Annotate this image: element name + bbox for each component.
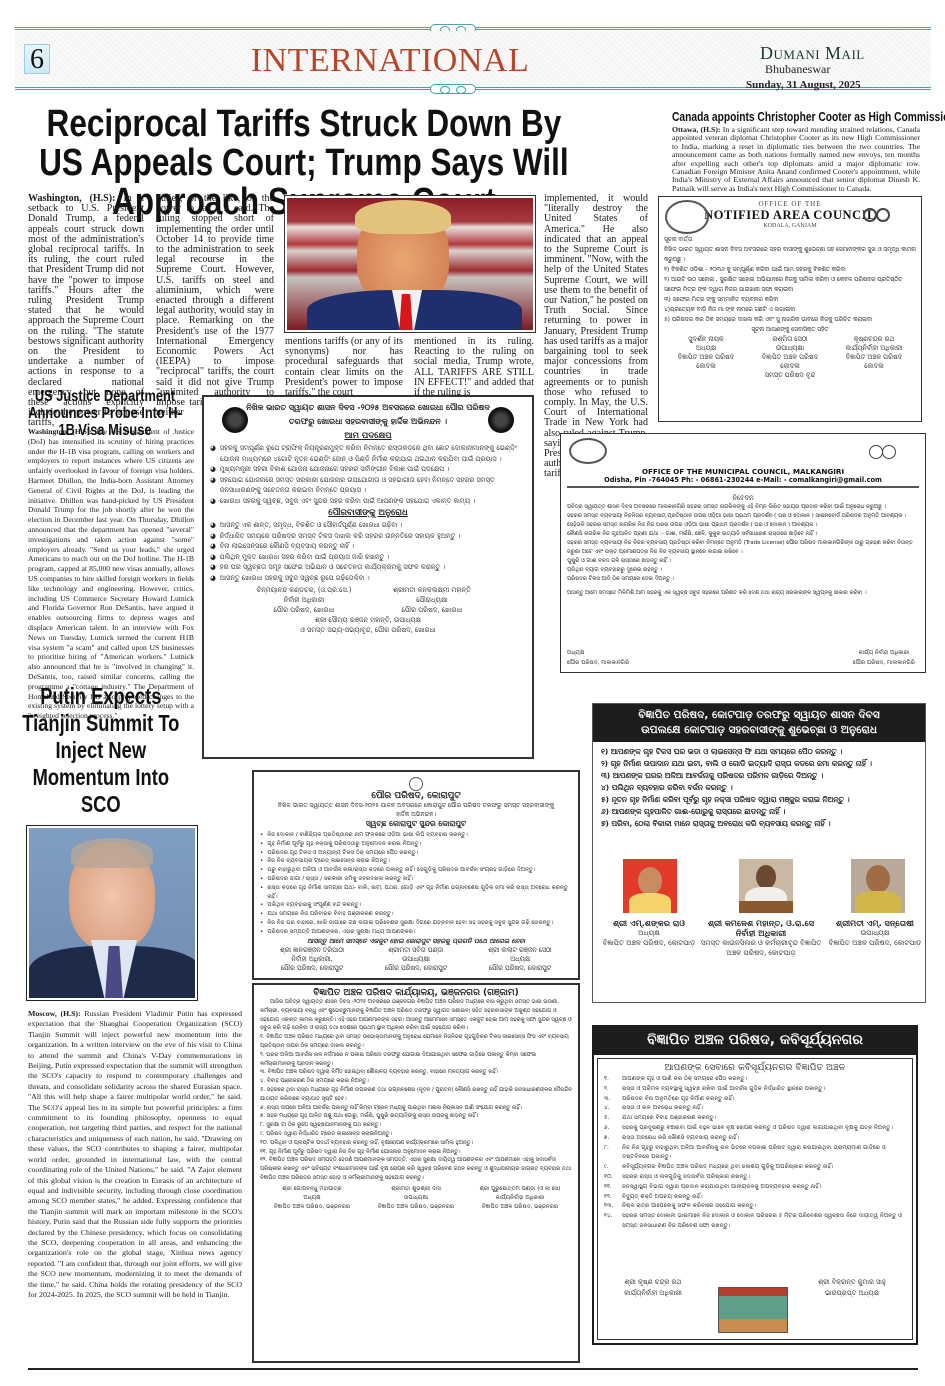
list-item: ◕ହର ଘର ସ୍ୱଚ୍ଛତା ସମୂହ ସଫେଇ ଅଭିଯାନ ଓ ସଚେତନ… — [210, 562, 526, 573]
list-item: ୬.ସହରକୁ ପ୍ରଦୂଷଣରୁ ବଞ୍ଚାଇବା ପାଇଁ ବହୁଳ ଭାବ… — [604, 1124, 906, 1134]
ad-khordha: ନିଖିଳ ଭାରତ ସ୍ୱାୟତ ଶାସନ ଦିବସ -୨୦୨୫ ଅବସରରେ… — [202, 395, 534, 759]
item-text: ବିନା ଲାଇସେନ୍ସରେ କୌଣସି ବ୍ୟବସାୟ କରନ୍ତୁ ନାହ… — [220, 541, 354, 552]
ad-kotpad: ବିଜ୍ଞାପିତ ପରିଷଦ, କୋଟପାଡ଼ ତରଫରୁ ସ୍ୱାୟତ ଶା… — [592, 703, 926, 1003]
swachh-bharat-icon — [869, 442, 905, 462]
list-item: •ନିଜ ନିଜ ବ୍ୟବସାୟର ଟ୍ରେଡ୍ ଲାଇସେନ୍ସ କରାଇ ନ… — [260, 857, 572, 866]
ad-kodala: OFFICE OF THE NOTIFIED AREA COUNCIL KODA… — [658, 196, 922, 422]
body-text: duties, or the like, or the power to tax… — [156, 193, 274, 418]
body-text: The US Department of Justice (DoJ) has i… — [28, 427, 194, 720]
portrait-photo — [623, 859, 677, 913]
item: ୩) ସଫେଇ ମିତ୍ର ଙ୍କୁ ସମ୍ମାନିତ ବ୍ୟବହାର କରିବ… — [664, 295, 916, 305]
list-item: •ଯଥା ସମୟରେ ନିଜ ପରିବାରର ବିବାହ ପଞ୍ଜୀକରଣ କର… — [260, 910, 572, 919]
trump-photo — [284, 195, 536, 333]
signatory: ଚିନ୍ମୟାନନ୍ଦ କଣ୍ଡଚର, (ଓ.ପ୍ର.ସେ.) ନିର୍ବାହୀ… — [240, 585, 368, 615]
signatory: ଶ୍ରୀ ଲଲାଟ ରଞ୍ଜନ ସେଠୀଅଧ୍ୟକ୍ଷପୌର ପରିଷଦ, କୋ… — [468, 946, 572, 973]
putin-story: Moscow, (H.S): Russian President Vladimi… — [28, 1009, 242, 1300]
list-item: ୯.କବିସୂର୍ଯ୍ୟନଗର ବିଜ୍ଞାପିତ ଅଞ୍ଚଳ ପରିଷଦ ମଧ… — [604, 1163, 906, 1173]
list-item: ୯. ପରିଷଦ ଦ୍ୱାରା ନିର୍ଦ୍ଧାରିତ ଟ୍ରେଡ ଲାଇସେନ… — [260, 1130, 572, 1139]
item-text: ପଲିଥିନ୍ ମୁକ୍ତ ଖୋରଧା ସହର କରିବା ପାଇଁ ପ୍ରୟା… — [220, 552, 390, 563]
sig-place: କୋଦଳା — [832, 362, 916, 371]
bullet-icon: ◕ — [210, 573, 216, 584]
main-story-col2: duties, or the like, or the power to tax… — [156, 194, 274, 418]
sig-role: ପୌରାଧ୍ୟକ୍ଷା — [368, 595, 496, 605]
sig-name: ରଶ୍ମିତା ସେଠୀ — [748, 335, 832, 344]
portrait-photo — [739, 859, 793, 913]
list-item: ◕ମୁଖ୍ୟମନ୍ତ୍ରୀ ସହରୀ ବିକାଶ ଯୋଜନା ଯୋଜନାରେ ସ… — [210, 464, 526, 475]
signatory: କୃଷ୍ଣଚନ୍ଦ୍ର ରଥ କାର୍ଯ୍ୟନିର୍ବାହୀ ଅଧିକାରୀ ବ… — [832, 335, 916, 371]
list-item: ୬) ଆପଣଙ୍କ ଗୃହପାଳିତ ଗାଈ-ଗୋରୁକୁ ରାସ୍ତାରେ ଛ… — [601, 806, 917, 818]
bullet-icon: • — [260, 884, 263, 902]
sig-org: ପୌର ପରିଷଦ, ଖୋରଧା — [240, 605, 368, 615]
list-item: •ନିଜ ନିଜ ଘର ବାହାରେ, ଖାଲି ଜାଗାରେ ଗଛ ଲଗାଇ … — [260, 919, 572, 928]
bullet-icon: ◕ — [210, 552, 216, 563]
sig-place: କୋଦଳା — [748, 362, 832, 371]
signatory: ଶ୍ରୀ ଏମ୍.ଶଙ୍କର ରାଓ ଅଧ୍ୟକ୍ଷ ବିଜ୍ଞାପିତ ଅଞ୍… — [599, 918, 699, 948]
sig-org: ପୌର ପରିଷଦ, ଖୋରଧା — [368, 605, 496, 615]
list-item: ୨.ରାସ୍ତା ଓ ପରିମଳ ବ୍ୟବସ୍ଥାକୁ ସ୍ୱଚ୍ଛ ରଖିବା… — [604, 1085, 906, 1095]
bhanjanagar-title: ବିଜ୍ଞାପିତ ଅଞ୍ଚଳ ପରିଷଦ କାର୍ଯ୍ୟାଳୟ, ଭଞ୍ଜନଗ… — [260, 988, 572, 998]
item-text: ଖୋରଧା ସହରକୁ ସ୍ୱଚ୍ଛ, ସବୁଜ ଏବଂ ସୁନ୍ଦର ସହର … — [220, 496, 476, 507]
bullet-icon: • — [260, 866, 263, 875]
item: ସହରର ସମସ୍ତ ବ୍ୟବସାୟୀ ନିଜନିଜର ବ୍ୟବସାୟ ପ୍ରତ… — [567, 512, 919, 521]
sig-role: ଉପାଧ୍ୟକ୍ଷା — [748, 344, 832, 353]
signatory: ଶ୍ରୀ ବିକ୍ରାନ୍ତ କୁମାର ସାହୁ ଭାରପ୍ରାପ୍ତ ଅଧ୍… — [802, 1277, 902, 1299]
section-heading: ପୌରବାସୀଙ୍କୁ ଅନୁରୋଧ — [210, 508, 526, 518]
list-item: ୧୧. ଗୃହ ନିର୍ମାଣ ପୂର୍ବରୁ ପରିଷଦ ଦ୍ୱାରା ନିଜ… — [260, 1148, 572, 1157]
list-item: •ଗୃହ ନିର୍ମାଣ ପୂର୍ବରୁ ଗୃହ ନକ୍ସାକୁ ପରିଷଦଠା… — [260, 840, 572, 849]
list-item: ୨) ଗୃହ ନିର୍ମାଣ ଉପାଦାନ ଯଥା ଇଟା, ବାଲି ଓ ଗୋ… — [601, 758, 917, 770]
dateline: Moscow, (H.S): — [28, 1009, 81, 1018]
kodala-seal-icon — [665, 200, 709, 234]
closing: ସୂଚନା ଆପଣଙ୍କୁ ସେବାସିକ୍ତ ସହିତ — [664, 325, 916, 335]
list-item: ୮.ନିଜ ନିଜ ଗୃହରୁ ବାହାରୁଥିବା ଅଳିଆ ଆବର୍ଜନାକ… — [604, 1144, 906, 1164]
bullet-icon: ◕ — [210, 562, 216, 573]
signatory: ଶ୍ରୀମତୀ ସବିତା ପଣ୍ଡାଉପାଧ୍ୟକ୍ଷାପୌର ପରିଷଦ, … — [364, 946, 468, 973]
body-text: mentioned in its ruling. Reacting to the… — [414, 336, 534, 398]
item-text: ନିର୍ଦ୍ଧାରିତ ସମୟରେ ପରିଷଦର ସମସ୍ତ ଟିକସ ଦାଖଲ… — [220, 531, 461, 542]
page-number: 6 — [24, 44, 50, 74]
contact-line: Odisha, Pin -764045 Ph: - 06861-230244 e… — [567, 476, 919, 488]
main-story-col3: mentions tariffs (or any of its synonyms… — [285, 337, 403, 398]
footer: ଓ ସମସ୍ତ ସଭ୍ୟ-ସଭ୍ୟାବୃନ୍ଦ, ପୌର ପରିଷଦ, ଖୋରଧ… — [210, 625, 526, 635]
sig-role: ନିର୍ବାହୀ ଅଧିକାରୀ — [240, 595, 368, 605]
signatory: ଶ୍ରୀ ପୁରୁଷୋତ୍ତମ ପଣ୍ଡା (ଓ ଲା ସେ)କାର୍ଯ୍ୟନି… — [468, 1185, 572, 1212]
item-text: ସହରକୁ ସମ୍ପୂର୍ଣ୍ଣ ରୂପେ ଟ୍ରାଫିକ୍ ନିୟନ୍ତ୍ରଣ… — [220, 443, 526, 464]
body-text: mentions tariffs (or any of its synonyms… — [285, 336, 403, 398]
list-item: ୫.ଯଥା ସମୟରେ ବିବାହ ପଞ୍ଜୀକରଣ କରନ୍ତୁ। — [604, 1114, 906, 1124]
list-item: •ପରିଷଦର ଜାଗା / ରାସ୍ତା / ସରକାରୀ ଜମିକୁ ଜବର… — [260, 875, 572, 884]
list-item: ◕ଆସନ୍ତୁ ଏକ ଶାନ୍ତ, ସମୃଦ୍ଧ, ବିକଶିତ ଓ ସୌହାର… — [210, 520, 526, 531]
list-item: ୬. ରାସ୍ତା ଉପରେ ଅଳିଆ ଆବର୍ଜନା ପକାନ୍ତୁ ନାହି… — [260, 1104, 572, 1113]
masthead-ornament-icon — [430, 84, 476, 94]
shield-emblem-icon — [222, 407, 248, 433]
list-item: ୫) ନୂତନ ଗୃହ ନିର୍ମାଣ କରିବା ପୂର୍ବରୁ ଗୃହ ନକ… — [601, 794, 917, 806]
dateline: Washington, (H.S): — [28, 427, 92, 436]
sig-org: ପୌର ପରିଷଦ, ମାଲକାନଗିରି — [853, 658, 915, 668]
list-item: ୪) ପଲିଥିନ ବ୍ୟବହାର କରିବା ବର୍ଜନ କରନ୍ତୁ । — [601, 782, 917, 794]
heading: ନିବେଦନ — [567, 494, 919, 503]
canada-headline: Canada appoints Christopher Cooter as Hi… — [672, 110, 945, 124]
list-item: ୭. ସହର ମଧ୍ୟରେ ଗୃହ ପାଳିତ ପଶୁ ଯଥା ଗୋରୁ, ମଇ… — [260, 1112, 572, 1121]
bullet-icon: ◕ — [210, 520, 216, 531]
list-item: ◕ଖୋରଧା ସହରକୁ ସ୍ୱଚ୍ଛ, ସବୁଜ ଏବଂ ସୁନ୍ଦର ସହର… — [210, 496, 526, 507]
item: ଘୁଷୁରି ଓ ଗାଈ ବଳଦ ଗଳି ରାସ୍ତାରେ ଛାଡ଼ନ୍ତୁ ନ… — [567, 557, 919, 566]
subtitle: ଆପଣଙ୍କ ସେବାରେ କବିସୂର୍ଯ୍ୟନଗର ବିଜ୍ଞାପିତ ଅଞ… — [604, 1062, 906, 1073]
item-text: ଆସନ୍ତୁ ଖୋରଧା ସହରକୁ ସବୁଜ ସ୍ୱଚ୍ଛ ରୂପେ ଗଢ଼ି… — [220, 573, 370, 584]
edition-date: Sunday, 31 August, 2025 — [746, 79, 861, 91]
list-item: ◕ନିର୍ଦ୍ଧାରିତ ସମୟରେ ପରିଷଦର ସମସ୍ତ ଟିକସ ଦାଖ… — [210, 531, 526, 542]
bullet-icon: • — [260, 857, 263, 866]
bullet-icon: • — [260, 919, 263, 928]
sig-role: କାର୍ଯ୍ୟନିର୍ବାହୀ ଅଧିକାରୀ — [832, 344, 916, 353]
signatory: ଶ୍ରୀ କୃଷ୍ଣ ଚନ୍ଦ୍ର ରଥ କାର୍ଯ୍ୟନିର୍ବାହୀ ଅଧି… — [608, 1277, 698, 1299]
khordha-title-2: ତରଫରୁ ଖୋରଧା ସହରବାସୀଙ୍କୁ ହାର୍ଦ୍ଦିକ ଅଭିନନ୍… — [210, 415, 526, 429]
list-item: ୪.ରାସ୍ତା ଓ ନାଳ ଅବରୋଧ କରନ୍ତୁ ନାହିଁ। — [604, 1104, 906, 1114]
kotpad-banner: ବିଜ୍ଞାପିତ ପରିଷଦ, କୋଟପାଡ଼ ତରଫରୁ ସ୍ୱାୟତ ଶା… — [593, 704, 925, 742]
signatory: ଶ୍ରୀ ଜ୍ଞାନରଞ୍ଜନ ତ୍ରିପାଠୀନିର୍ବାହୀ ଅଧିକାରୀ… — [260, 946, 364, 973]
putin-headline: Putin Expects Tianjin Summit To Inject N… — [15, 683, 187, 818]
item: ପଲିଥିନ ବ୍ୟାଗ ବ୍ୟବହାରରୁ ଦୂରେଇ ରହନ୍ତୁ । — [567, 566, 919, 575]
building-photo — [718, 1287, 788, 1333]
item: କୌଣସି ନାଗରିକ ନିଜ ଗୃହପାଳିତ ପ୍ରାଣୀ ଯଥା :- … — [567, 530, 919, 539]
list-item: •ଘରୁ ବାହାରୁଥିବା ଅଳିଆ ଓ ଆବର୍ଜନା ନାଳା/ରାସ୍… — [260, 866, 572, 875]
footer: ଶ୍ରୀ ସୌମ୍ୟ ରଞ୍ଜନ ମହାନ୍ତି, ଉପାଧ୍ୟକ୍ଷ — [210, 615, 526, 625]
list-item: ୧୪.ସହରର ସମସ୍ତ ଦୋକାନୀ ଭାଇମାନେ ନିଜ ଦୋକାନ ଓ… — [604, 1212, 906, 1232]
signatory: ସୁଦର୍ଶନ ନାୟକ ଅଧ୍ୟକ୍ଷ ବିଜ୍ଞାପିତ ଅଞ୍ଚଳ ପରି… — [664, 335, 748, 371]
section-title: INTERNATIONAL — [160, 44, 620, 78]
list-item: ୨. ଘରର ଅଳିଆ ଆବର୍ଜନା ନାଳ ନର୍ଦ୍ଦମାରେ ନ ପକା… — [260, 1051, 572, 1069]
signatory: ଶ୍ରୀ କମଳେଶ ମହାନ୍ତ, ଓ.ରା.ସେ ନିର୍ବାହୀ ଅଧିକ… — [693, 918, 829, 958]
list-item: ୧୦.ସହରର ରାସ୍ତା ଓ ନାଳଗୁଡ଼ିକୁ ସଦାସର୍ବଦା ପର… — [604, 1173, 906, 1183]
list-item: ୪. ବିବାହ ପଞ୍ଜୀକରଣ ଠିକ ସମୟରେ କରାଇ ନିଅନ୍ତୁ… — [260, 1077, 572, 1086]
item-text: ମୁଖ୍ୟମନ୍ତ୍ରୀ ସହରୀ ବିକାଶ ଯୋଜନା ଯୋଜନାରେ ସହ… — [220, 464, 449, 475]
portrait-photo — [851, 859, 905, 913]
bullet-icon: • — [260, 910, 263, 919]
list-item: ୩.ପରିଷଦର ବିନା ଅନୁମତିରେ ଗୃହ ନିର୍ମାଣ କରନ୍ତ… — [604, 1095, 906, 1105]
odisha-emblem-icon — [569, 438, 607, 464]
greeting: ସୂଚନା ବାର୍ତ୍ତା — [664, 235, 916, 245]
sig-role: ଅଧ୍ୟକ୍ଷ — [567, 648, 629, 658]
sig-org: ବିଜ୍ଞାପିତ ଅଞ୍ଚଳ ପରିଷଦ — [832, 353, 916, 362]
sig-role: ଅଧ୍ୟକ୍ଷ — [664, 344, 748, 353]
bullet-icon: ◕ — [210, 443, 216, 464]
signatory: ଶ୍ରୀମତୀ ଏମ୍. ସନ୍ତୋଷୀ ଉପାଧ୍ୟକ୍ଷ ବିଜ୍ଞାପିତ… — [825, 918, 925, 948]
list-item: ◕ବିନା ଲାଇସେନ୍ସରେ କୌଣସି ବ୍ୟବସାୟ କରନ୍ତୁ ନା… — [210, 541, 526, 552]
list-item: ୧) ଆପଣଙ୍କ ଗୃହ ଟିକସ ଘର ଭଡା ଓ ଲାଇସେନ୍ସ ଫି … — [601, 746, 917, 758]
banner-line: ଉପଲକ୍ଷେ କୋଟପାଡ଼ ସହରବାସୀଙ୍କୁ ଶୁଭେଚ୍ଛା ଓ ଅ… — [597, 723, 921, 738]
list-item: •ରାସ୍ତା କଡ଼ରେ ଗୃହ ନିର୍ମାଣ ସାମଗ୍ରୀ ଯଥା- ବ… — [260, 884, 572, 902]
main-story-col4: mentioned in its ruling. Reacting to the… — [414, 337, 534, 398]
list-item: ୧.ଆପଣଙ୍କ ଗୃହ ଓ ପାଣି କର ଠିକ୍ ସମୟରେ ପୈଠ କର… — [604, 1075, 906, 1085]
intro: ନିଖିଳ ଭାରତ ସ୍ୱାୟତ ଶାସନ ଦିବସ ଅବସରରେ ସହର ବ… — [664, 245, 916, 265]
bullet-icon: • — [260, 875, 263, 884]
bullet-icon: ◕ — [210, 531, 216, 542]
brand-name: Dumani Mail — [760, 44, 935, 64]
item: ୪)ପ୍ରତ୍ୟେକ ବାଡ଼ି ନିଜ ମା ଙ୍କ ନାମରେ ଗଛଟି ଏ… — [664, 305, 916, 315]
page-bottom-rule — [28, 1368, 918, 1370]
bullet-icon: ◕ — [210, 464, 216, 475]
sig-name: ସୁଦର୍ଶନ ନାୟକ — [664, 335, 748, 344]
edition-city: Bhubaneswar — [765, 62, 830, 77]
list-item: ୮. ସୁରକ୍ଷା ଟା ଠିକ ରୂପେ ସ୍ୱଚ୍ଛଯାନମାନଙ୍କୁ … — [260, 1121, 572, 1130]
ad-koraput: ପୌର ପରିଷଦ, କୋରାପୁଟ ନିଖିଳ ଭାରତ ସ୍ୱାୟତ୍ତ ଶ… — [252, 770, 580, 980]
body-text: Russian President Vladimir Putin has exp… — [28, 1009, 242, 1299]
item: ୫) ପରିଷଦର କର ଠିକ ସମୟରେ ଦାଖଲ କରି ଏବଂ ସୁ ନ… — [664, 315, 916, 325]
bullet-icon: • — [260, 849, 263, 858]
body-text: In a significant step toward mending str… — [672, 125, 920, 193]
item-text: ସହଯୋଗ ଯୋଜନାରେ ସମସ୍ତ ସରକାରୀ ଯୋଜନାର ଉପଯୋଗୀ… — [220, 475, 526, 496]
banner-line: ବିଜ୍ଞାପିତ ପରିଷଦ, କୋଟପାଡ଼ ତରଫରୁ ସ୍ୱାୟତ ଶା… — [597, 708, 921, 723]
putin-photo — [26, 825, 198, 1001]
item: ୧) ବିକଶିତ ଓଡ଼ିଶା - ୨୦୩୬ କୁ ସମ୍ପୂର୍ଣ୍ଣ କର… — [664, 265, 916, 275]
kabisuryanagar-banner: ବିଜ୍ଞାପିତ ଅଞ୍ଚଳ ପରିଷଦ, କବିସୂର୍ଯ୍ୟନଗର — [592, 1025, 918, 1055]
signatory: ଶ୍ରୀମତୀ କନକଲକ୍ଷ୍ମୀ ମହାନ୍ତି ପୌରାଧ୍ୟକ୍ଷା ପ… — [368, 585, 496, 615]
doj-story: Washington, (H.S): The US Department of … — [28, 427, 194, 721]
ad-malkangiri: OFFICE OF THE MUNICIPAL COUNCIL, MALKANG… — [560, 433, 926, 673]
council-title: OFFICE OF THE MUNICIPAL COUNCIL, MALKANG… — [567, 467, 919, 476]
sig-role: କାର୍ଯ୍ୟ ନିର୍ବାହୀ ଅଧିକାରୀ — [853, 648, 915, 658]
list-item: ୭.ରାସ୍ତା ଅବରୋଧ କରି କୌଣସି ବ୍ୟବସାୟ କରନ୍ତୁ … — [604, 1134, 906, 1144]
list-item: ୧୧.ଜନସ୍ୱାସ୍ଥ୍ୟ ବିଭାଗ ଦ୍ୱାରା ପ୍ରଦାନ କରାଯା… — [604, 1183, 906, 1193]
list-item: ୫. ସହରରେ ଥିବା ରାସ୍ତା ମଧ୍ୟରେ ଗୃହ ନିର୍ମାଣ … — [260, 1086, 572, 1104]
list-item: •ପରିଷଦର ସମ୍ପତ୍ତି ଆପଣଙ୍କର, ଏହାର ସୁରକ୍ଷା ମ… — [260, 928, 572, 937]
list-item: ୧. ବିଜ୍ଞାପିତ ଅଞ୍ଚଳ ପରିଷଦ ମଧ୍ୟରେ ଥିବା ସମସ… — [260, 1033, 572, 1051]
item: ସହରର ସମସ୍ତ ବ୍ୟବସାୟୀ ନିଜ ନିଜର ବ୍ୟବସାୟ ପ୍ର… — [567, 539, 919, 557]
signatory: ରଶ୍ମିତା ସେଠୀ ଉପାଧ୍ୟକ୍ଷା ବିଜ୍ଞାପିତ ଅଞ୍ଚଳ … — [748, 335, 832, 371]
intro: ଆଜିର ପବିତ୍ର ସ୍ୱାୟତ୍ତ ଶାସନ ଦିବସ -୨୦୨୫ ଅବସ… — [260, 998, 572, 1033]
section-heading: ଆମ ପଦକ୍ଷେପ — [210, 431, 526, 441]
bullet-icon: ◕ — [210, 475, 216, 496]
bullet-icon: ◕ — [210, 541, 216, 552]
trump-photo-image — [287, 198, 533, 330]
canada-story: Ottawa, (H.S): In a significant step tow… — [672, 126, 920, 193]
list-item: ୧୨. ବିଜ୍ଞାପିତ ଅଞ୍ଚଳ ପରିଷଦ ସମ୍ପତ୍ତି ହେଉଛି… — [260, 1156, 572, 1182]
intro: ପବିତ୍ର ସ୍ୱାୟତ୍ତ ଶାସନ ଦିବସ ଅବସରରେ ମାଲକାନଗ… — [567, 503, 919, 512]
sig-name: ଚିନ୍ମୟାନନ୍ଦ କଣ୍ଡଚର, (ଓ.ପ୍ର.ସେ.) — [240, 585, 368, 595]
list-item: ୧୩.ନିଶ୍ଚଳ ରାତ୍ର ଆପେଲେକୁ ସଫଳ କରିବାରେ ସହଯୋ… — [604, 1202, 906, 1212]
list-item: ୩) ଆପଣଙ୍କ ଘରର ଅଳିଆ ଆବର୍ଜନାକୁ ପରିଷଦର ପରିମ… — [601, 770, 917, 782]
signatory: ଶ୍ରୀମତୀ ଶୁଭଶ୍ରୀ ଦାସଉପାଧ୍ୟକ୍ଷାବିଜ୍ଞାପିତ ଅ… — [364, 1185, 468, 1212]
footer: ସମସ୍ତ ପରିଷଦ ବୃନ୍ଦ — [664, 371, 916, 380]
sig-org: ପୌର ପରିଷଦ, ମାଲକାନଗିରି — [567, 658, 629, 668]
sig-place: କୋଦଳା — [664, 362, 748, 371]
list-item: ୭) ପରିବା, ଠେଲା ବିକାଳୀ ମାନେ ରାସ୍ତାକୁ ଅବରୋ… — [601, 818, 917, 830]
putin-photo-image — [29, 828, 195, 998]
closing: ଆସନ୍ତୁ ଆମେ ସମସ୍ତେ ମିଳିମିଶି ଆମ ସହରକୁ ଏକ ସ… — [567, 589, 919, 598]
swachh-bharat-icon — [863, 205, 899, 225]
koraput-logo-icon — [409, 777, 423, 791]
brand-label: Dumani Mail — [760, 43, 865, 63]
bullet-icon: • — [260, 831, 263, 840]
list-item: ୧୨.ବିଦ୍ୟୁତ୍ ଶକ୍ତି ଅପଚୟ କରନ୍ତୁ ନାହିଁ। — [604, 1193, 906, 1203]
intro: ନିଖିଳ ଭାରତ ସ୍ୱାୟତ୍ତ ଶାସନ ଦିବସ-୨୦୨୫ ପାଳନ … — [260, 801, 572, 819]
khordha-title: ନିଖିଳ ଭାରତ ସ୍ୱାୟତ ଶାସନ ଦିବସ -୨୦୨୫ ଅବସରରେ… — [210, 401, 526, 415]
list-item: ୩. ବିଜ୍ଞାପିତ ଅଞ୍ଚଳ ପରିଷଦ ଦ୍ୱାରା ନିର୍ମିତ … — [260, 1068, 572, 1077]
item: ପରିଷଦର ଟିକସ ଆଦି ଠିକ ସମୟରେ ଦେଇ ଦିଅନ୍ତୁ । — [567, 575, 919, 584]
ad-bhanjanagar: ବିଜ୍ଞାପିତ ଅଞ୍ଚଳ ପରିଷଦ କାର୍ଯ୍ୟାଳୟ, ଭଞ୍ଜନଗ… — [252, 983, 580, 1363]
list-item: •ପରିଷଦର ଗୃହ ଟିକସ ଓ ଅନ୍ୟାନ୍ୟ ଟିକସ ଠିକ୍ ସମ… — [260, 849, 572, 858]
closing: ଆସନ୍ତୁ ଆମେ ସମସ୍ତେ ଏକଜୁଟ ହୋଇ କୋରାପୁଟ ସହରକ… — [260, 937, 572, 946]
bullet-icon: ◕ — [210, 496, 216, 507]
item: ସେହିଭଳି ସହରର ସମସ୍ତ ନାଗରିକ ନିଜ ନିଜ ଘରର ଉପ… — [567, 521, 919, 530]
sig-org: ବିଜ୍ଞାପିତ ଅଞ୍ଚଳ ପରିଷଦ — [748, 353, 832, 362]
list-item: ୧୦. ପଲିଥିନ ଓ ପ୍ଲାଷ୍ଟିକ ପଦାର୍ଥ ବ୍ୟବହାର କର… — [260, 1139, 572, 1148]
signatory: ଶ୍ରୀ ଗୋପବନ୍ଧୁ ମହାପାତ୍ରଅଧ୍ୟକ୍ଷବିଜ୍ଞାପିତ ଅ… — [260, 1185, 364, 1212]
item-text: ଆସନ୍ତୁ ଏକ ଶାନ୍ତ, ସମୃଦ୍ଧ, ବିକଶିତ ଓ ସୌହାର୍… — [220, 520, 403, 531]
list-item: •ନିଜ ଦୋକାନ / ବାଣିଜ୍ୟିକ ପ୍ରତିଷ୍ଠାନର ନାମ ଫ… — [260, 831, 572, 840]
slogan: ସ୍ୱଚ୍ଛ କୋରାପୁଟ ସୁନ୍ଦର କୋରାପୁଟ — [260, 819, 572, 829]
list-item: ◕ପଲିଥିନ୍ ମୁକ୍ତ ଖୋରଧା ସହର କରିବା ପାଇଁ ପ୍ରୟ… — [210, 552, 526, 563]
list-item: ◕ସହଯୋଗ ଯୋଜନାରେ ସମସ୍ତ ସରକାରୀ ଯୋଜନାର ଉପଯୋଗ… — [210, 475, 526, 496]
sig-name: କୃଷ୍ଣଚନ୍ଦ୍ର ରଥ — [832, 335, 916, 344]
item-text: ହର ଘର ସ୍ୱଚ୍ଛତା ସମୂହ ସଫେଇ ଅଭିଯାନ ଓ ସଚେତନତ… — [220, 562, 446, 573]
list-item: ◕ଆସନ୍ତୁ ଖୋରଧା ସହରକୁ ସବୁଜ ସ୍ୱଚ୍ଛ ରୂପେ ଗଢ଼… — [210, 573, 526, 584]
item: ୨) ଆଉଟି ଉଠ ସହୋଇ , ସୁରକ୍ଷିତ ସହୋଇ ଅଭିଯାନରେ… — [664, 275, 916, 295]
list-item: •ପଲିଥିନ ବ୍ୟବହାରକୁ ସଂପୂର୍ଣ୍ଣ ବନ୍ଦ କରନ୍ତୁ। — [260, 901, 572, 910]
shield-emblem-icon — [488, 407, 514, 433]
bullet-icon: • — [260, 901, 263, 910]
sig-name: ଶ୍ରୀମତୀ କନକଲକ୍ଷ୍ମୀ ମହାନ୍ତି — [368, 585, 496, 595]
koraput-title: ପୌର ପରିଷଦ, କୋରାପୁଟ — [260, 791, 572, 801]
list-item: ◕ସହରକୁ ସମ୍ପୂର୍ଣ୍ଣ ରୂପେ ଟ୍ରାଫିକ୍ ନିୟନ୍ତ୍ର… — [210, 443, 526, 464]
ad-kabisuryanagar: ଆପଣଙ୍କ ସେବାରେ କବିସୂର୍ଯ୍ୟନଗର ବିଜ୍ଞାପିତ ଅଞ… — [592, 1055, 918, 1345]
bullet-icon: • — [260, 928, 263, 937]
sig-org: ବିଜ୍ଞାପିତ ଅଞ୍ଚଳ ପରିଷଦ — [664, 353, 748, 362]
bullet-icon: • — [260, 840, 263, 849]
